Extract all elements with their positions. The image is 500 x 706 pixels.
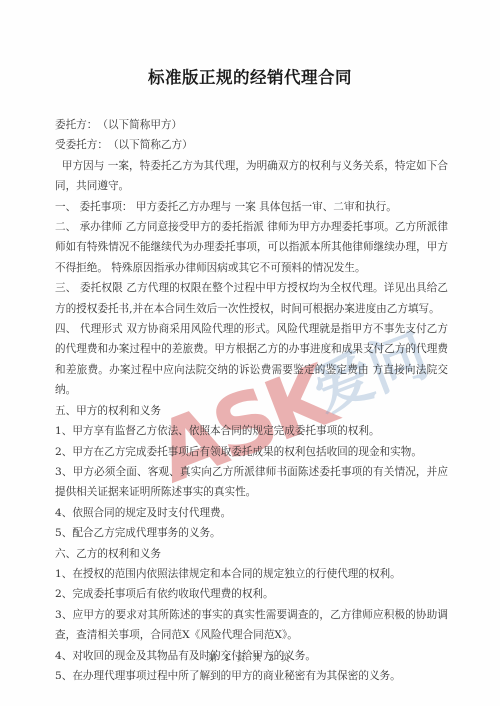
paragraph: 1、甲方享有监督乙方依法、依照本合同的规定完成委托事项的权利。 [55,421,448,441]
paragraph: 1、在授权的范围内依照法律规定和本合同的规定独立的行使代理的权利。 [55,564,448,584]
paragraph: 四、 代理形式 双方协商采用风险代理的形式。风险代理就是指甲方不事先支付乙方的代… [55,319,448,401]
paragraph: 五、甲方的权利和义务 [55,401,448,421]
paragraph: 4、依照合同的规定及时支付代理费。 [55,503,448,523]
contract-document-page: ASK 爱问 标准版正规的经销代理合同 委托方： （以下简称甲方）受委托方： （… [0,0,500,706]
document-body: 委托方： （以下简称甲方）受委托方： （以下简称乙方） 甲方因与 一案，特委托乙… [55,115,448,686]
paragraph: 2、甲方在乙方完成委托事项后有领取委托成果的权利包括收回的现金和实物。 [55,442,448,462]
page-footer: 第 1 页 共 3 页 [0,651,500,664]
paragraph: 一、 委托事项： 甲方委托乙方办理与 一案 具体包括一审、二审和执行。 [55,197,448,217]
paragraph: 三、 委托权限 乙方代理的权限在整个过程中甲方授权均为全权代理。详见出具给乙方的… [55,278,448,319]
party-line: 受委托方： （以下简称乙方） [55,135,448,155]
paragraph: 3、甲方必须全面、客观、真实向乙方所派律师书面陈述委托事项的有关情况，并应提供相… [55,462,448,503]
paragraph: 二、 承办律师 乙方同意接受甲方的委托指派 律师为甲方办理委托事项。乙方所派律师… [55,217,448,278]
paragraph: 六、乙方的权利和义务 [55,544,448,564]
paragraph: 甲方因与 一案，特委托乙方为其代理，为明确双方的权利与义务关系，特定如下合同，共… [55,156,448,197]
paragraph: 5、配合乙方完成代理事务的义务。 [55,523,448,543]
paragraph: 5、在办理代理事项过程中所了解到的甲方的商业秘密有为其保密的义务。 [55,666,448,686]
paragraph: 3、应甲方的要求对其所陈述的事实的真实性需要调查的，乙方律师应积极的协助调查，查… [55,605,448,646]
document-title: 标准版正规的经销代理合同 [0,64,500,88]
paragraph: 2、完成委托事项后有依约收取代理费的权利。 [55,584,448,604]
party-line: 委托方： （以下简称甲方） [55,115,448,135]
